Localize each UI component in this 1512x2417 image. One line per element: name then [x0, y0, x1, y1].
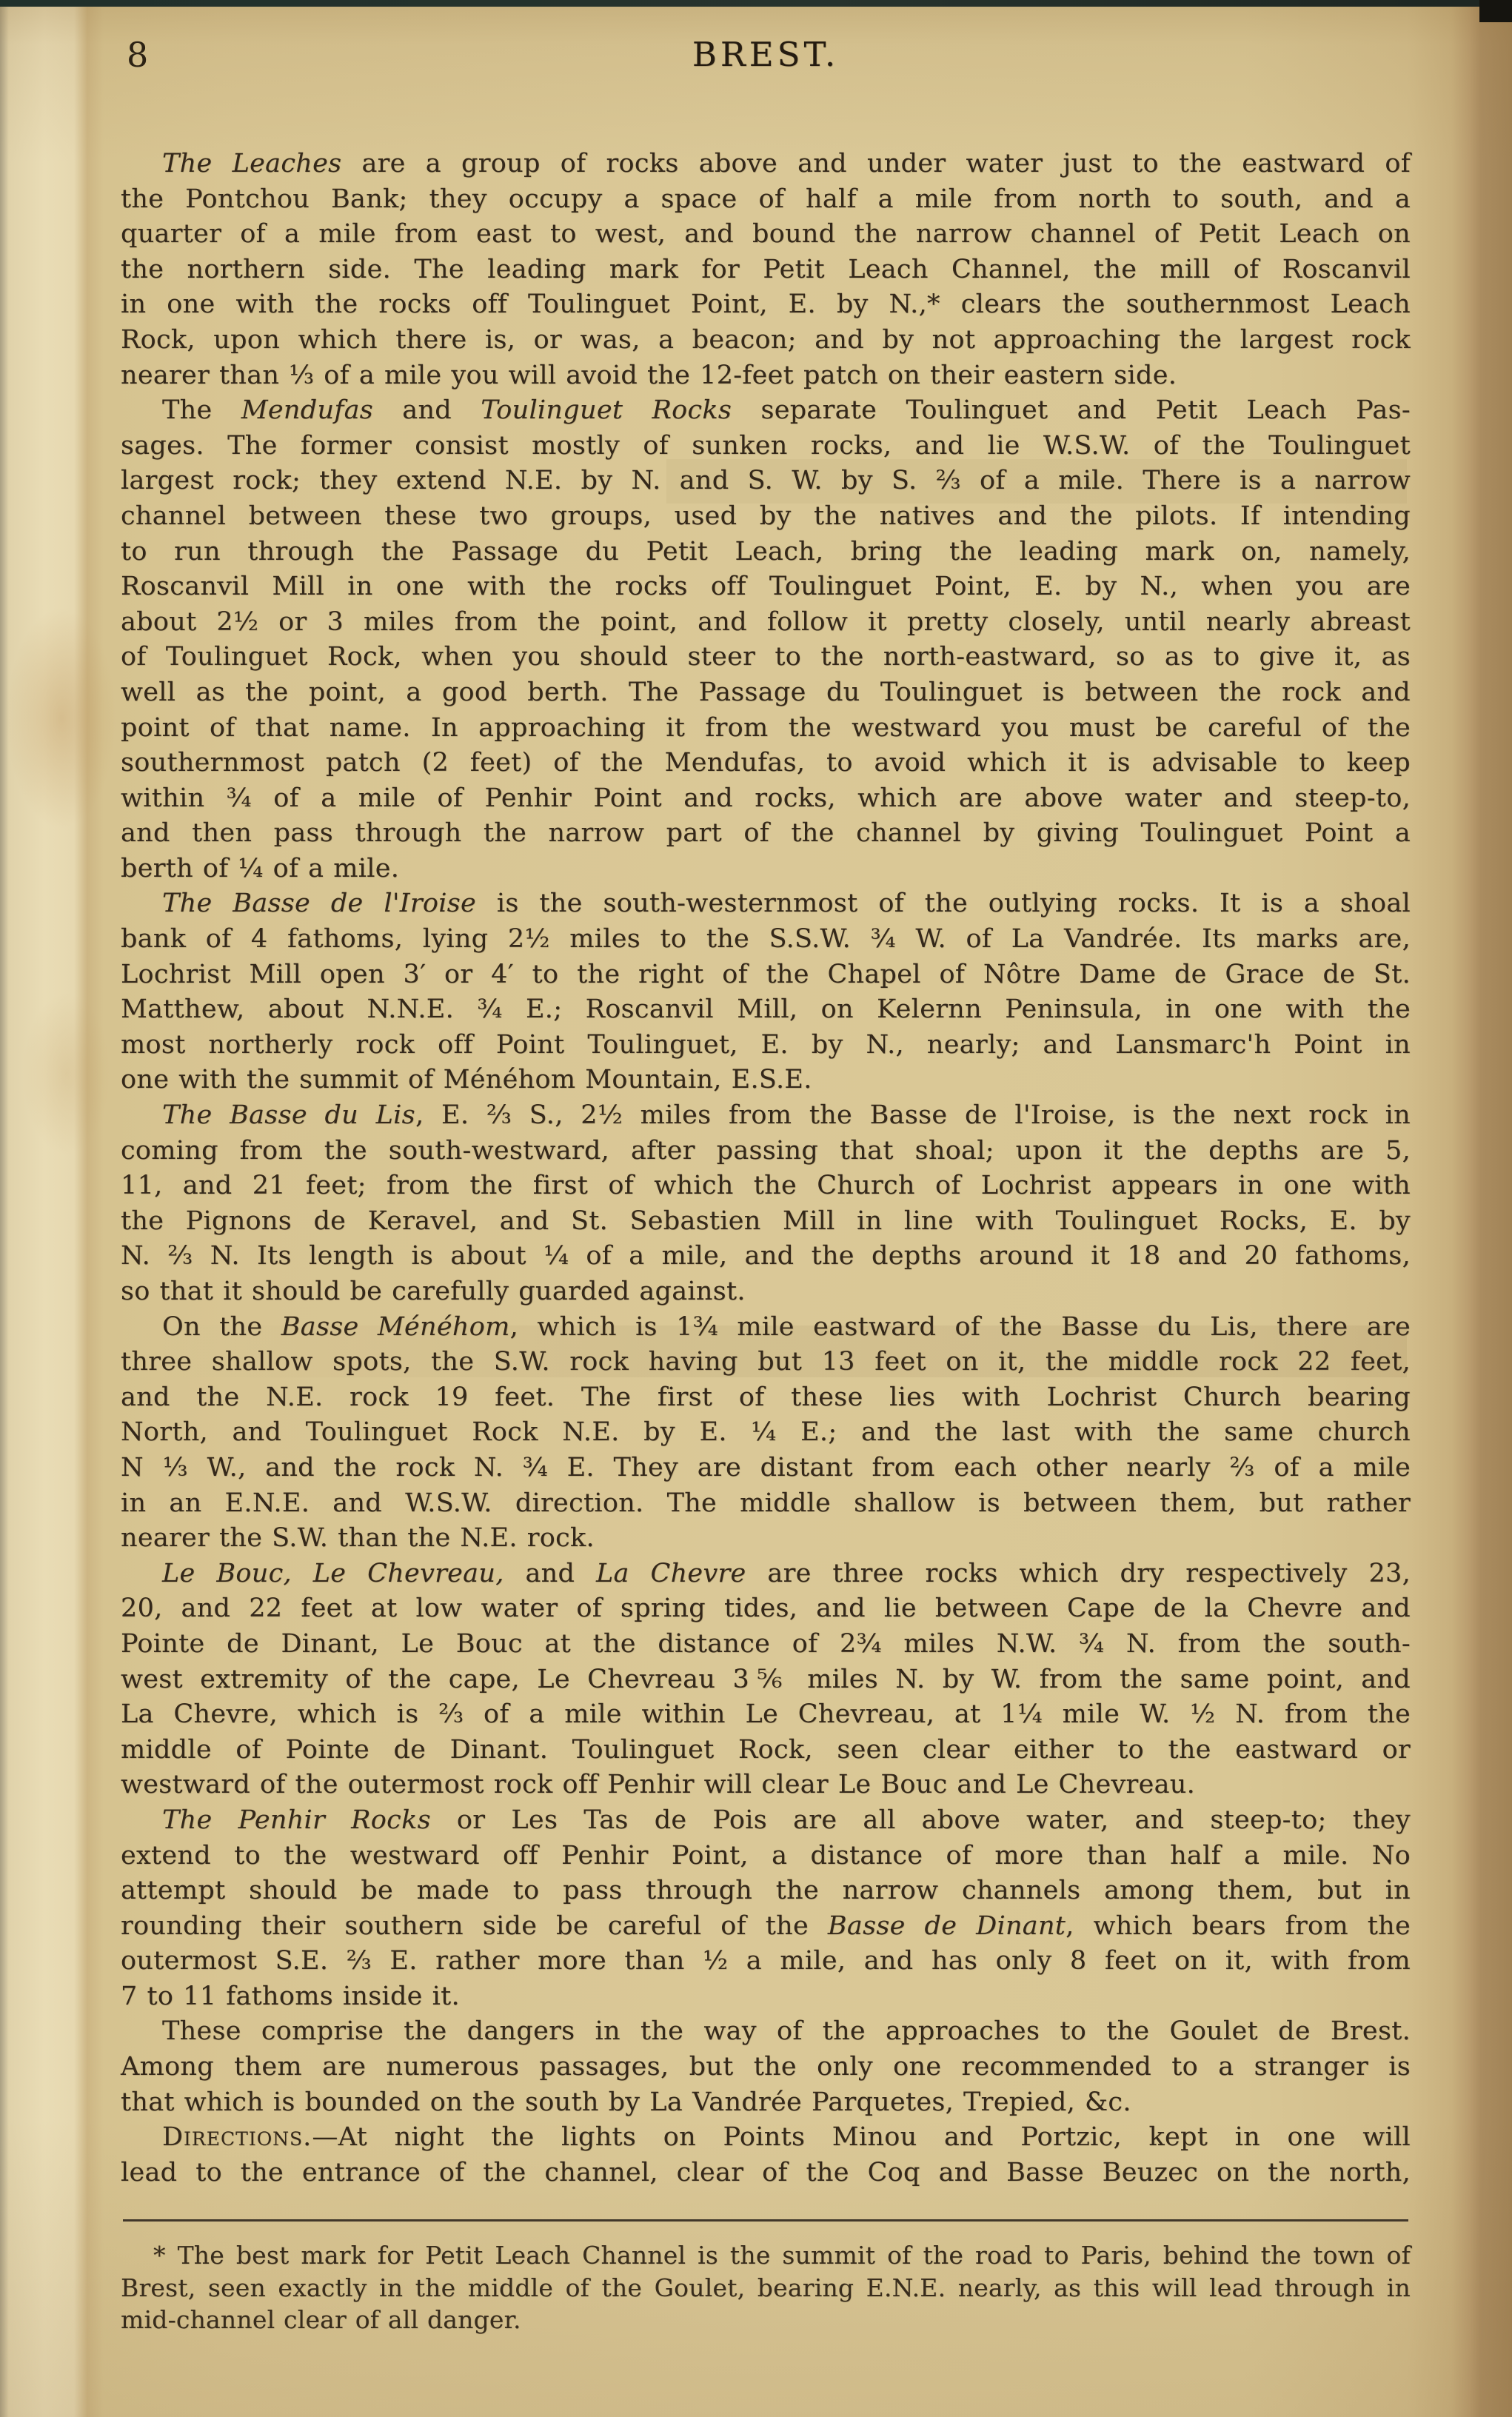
text-line: middle of Pointe de Dinant. Toulinguet R… [121, 1733, 1411, 1768]
text-line: the northern side. The leading mark for … [121, 253, 1411, 288]
text-line: outermost S.E. ⅔ E. rather more than ½ a… [121, 1944, 1411, 1979]
text-line: mid-channel clear of all danger. [121, 2304, 1411, 2336]
top-right-corner-shadow [1479, 0, 1512, 22]
footnote: * The best mark for Petit Leach Channel … [121, 2239, 1411, 2336]
text-line: N ⅓ W., and the rock N. ¾ E. They are di… [121, 1451, 1411, 1486]
text-line: westward of the outermost rock off Penhi… [121, 1768, 1411, 1803]
text-line: well as the point, a good berth. The Pas… [121, 675, 1411, 711]
text-line: point of that name. In approaching it fr… [121, 711, 1411, 746]
text-line: to run through the Passage du Petit Leac… [121, 535, 1411, 570]
text-line: the Pignons de Keravel, and St. Sebastie… [121, 1204, 1411, 1240]
text-line: most northerly rock off Point Toulinguet… [121, 1028, 1411, 1063]
text-line: Lochrist Mill open 3′ or 4′ to the right… [121, 957, 1411, 993]
text-line: * The best mark for Petit Leach Channel … [121, 2239, 1411, 2272]
text-line: 7 to 11 fathoms inside it. [121, 1979, 1411, 2015]
text-line: berth of ¼ of a mile. [121, 852, 1411, 887]
text-line: These comprise the dangers in the way of… [121, 2014, 1411, 2050]
text-line: The Basse de l'Iroise is the south-weste… [121, 886, 1411, 922]
text-line: La Chevre, which is ⅔ of a mile within L… [121, 1697, 1411, 1733]
text-line: three shallow spots, the S.W. rock havin… [121, 1345, 1411, 1380]
text-line: southernmost patch (2 feet) of the Mendu… [121, 746, 1411, 781]
text-line: in one with the rocks off Toulinguet Poi… [121, 287, 1411, 323]
text-line: attempt should be made to pass through t… [121, 1873, 1411, 1909]
page-top-edge [0, 0, 1512, 7]
text-line: nearer than ⅓ of a mile you will avoid t… [121, 358, 1411, 394]
text-line: Roscanvil Mill in one with the rocks off… [121, 569, 1411, 605]
running-title: BREST. [121, 33, 1411, 77]
text-line: one with the summit of Ménéhom Mountain,… [121, 1063, 1411, 1098]
text-line: The Leaches are a group of rocks above a… [121, 147, 1411, 182]
footnote-rule [123, 2219, 1408, 2222]
text-line: in an E.N.E. and W.S.W. direction. The m… [121, 1486, 1411, 1522]
text-line: of Toulinguet Rock, when you should stee… [121, 640, 1411, 675]
text-line: west extremity of the cape, Le Chevreau … [121, 1662, 1411, 1698]
text-line: bank of 4 fathoms, lying 2½ miles to the… [121, 922, 1411, 957]
text-line: Among them are numerous passages, but th… [121, 2050, 1411, 2085]
text-line: Directions.—At night the lights on Point… [121, 2120, 1411, 2156]
text-line: channel between these two groups, used b… [121, 499, 1411, 535]
text-line: The Penhir Rocks or Les Tas de Pois are … [121, 1803, 1411, 1839]
text-line: so that it should be carefully guarded a… [121, 1274, 1411, 1310]
text-line: the Pontchou Bank; they occupy a space o… [121, 182, 1411, 218]
scanned-book-page: 8 BREST. The Leaches are a group of rock… [0, 0, 1512, 2417]
paper-stain [22, 992, 111, 1155]
text-line: On the Basse Ménéhom, which is 1¾ mile e… [121, 1310, 1411, 1345]
text-line: extend to the westward off Penhir Point,… [121, 1839, 1411, 1874]
text-line: The Basse du Lis, E. ⅔ S., 2½ miles from… [121, 1098, 1411, 1134]
text-line: N. ⅔ N. Its length is about ¼ of a mile,… [121, 1239, 1411, 1274]
text-line: 11, and 21 feet; from the first of which… [121, 1169, 1411, 1204]
text-line: about 2½ or 3 miles from the point, and … [121, 605, 1411, 641]
text-line: quarter of a mile from east to west, and… [121, 217, 1411, 253]
page-header: 8 BREST. [121, 33, 1411, 80]
text-line: rounding their southern side be careful … [121, 1909, 1411, 1945]
text-line: The Mendufas and Toulinguet Rocks separa… [121, 393, 1411, 429]
text-line: sages. The former consist mostly of sunk… [121, 429, 1411, 464]
text-line: Brest, seen exactly in the middle of the… [121, 2272, 1411, 2304]
text-line: that which is bounded on the south by La… [121, 2085, 1411, 2121]
text-line: and the N.E. rock 19 feet. The first of … [121, 1380, 1411, 1416]
text-line: Matthew, about N.N.E. ¾ E.; Roscanvil Mi… [121, 992, 1411, 1028]
text-line: 20, and 22 feet at low water of spring t… [121, 1591, 1411, 1627]
text-line: largest rock; they extend N.E. by N. and… [121, 464, 1411, 499]
text-line: coming from the south-westward, after pa… [121, 1134, 1411, 1169]
text-line: Pointe de Dinant, Le Bouc at the distanc… [121, 1627, 1411, 1662]
text-line: nearer the S.W. than the N.E. rock. [121, 1521, 1411, 1557]
text-line: Le Bouc, Le Chevreau, and La Chevre are … [121, 1557, 1411, 1592]
text-line: North, and Toulinguet Rock N.E. by E. ¼ … [121, 1415, 1411, 1451]
text-line: Rock, upon which there is, or was, a bea… [121, 323, 1411, 358]
text-line: and then pass through the narrow part of… [121, 816, 1411, 852]
text-line: lead to the entrance of the channel, cle… [121, 2156, 1411, 2191]
body-text: The Leaches are a group of rocks above a… [121, 147, 1411, 2190]
paper-stain [6, 607, 117, 829]
text-line: within ¾ of a mile of Penhir Point and r… [121, 781, 1411, 817]
